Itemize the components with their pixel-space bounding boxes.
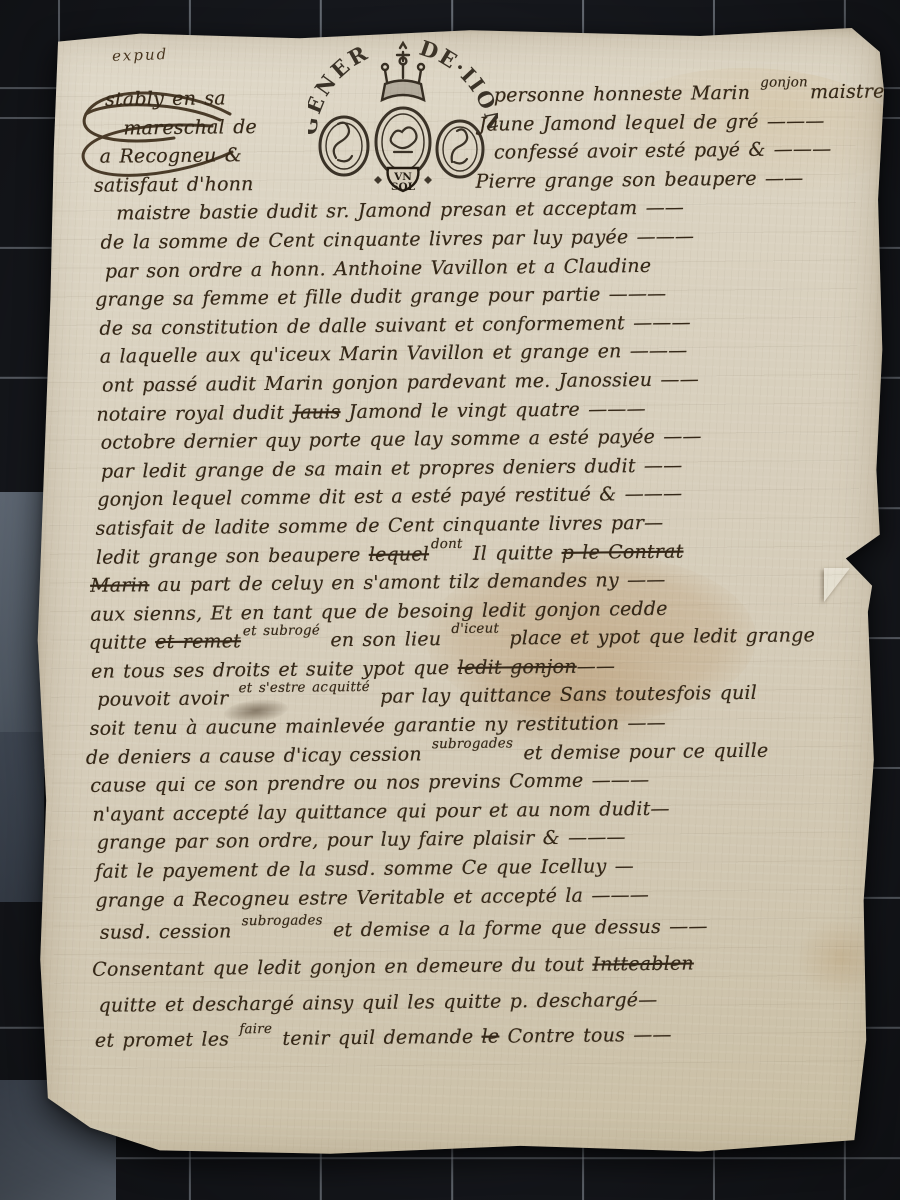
manuscript-page: expud GENER DE·IION bbox=[36, 28, 884, 1164]
paper-edge-shading bbox=[36, 28, 884, 1164]
manuscript-page-wrap: expud GENER DE·IION bbox=[0, 0, 900, 1200]
